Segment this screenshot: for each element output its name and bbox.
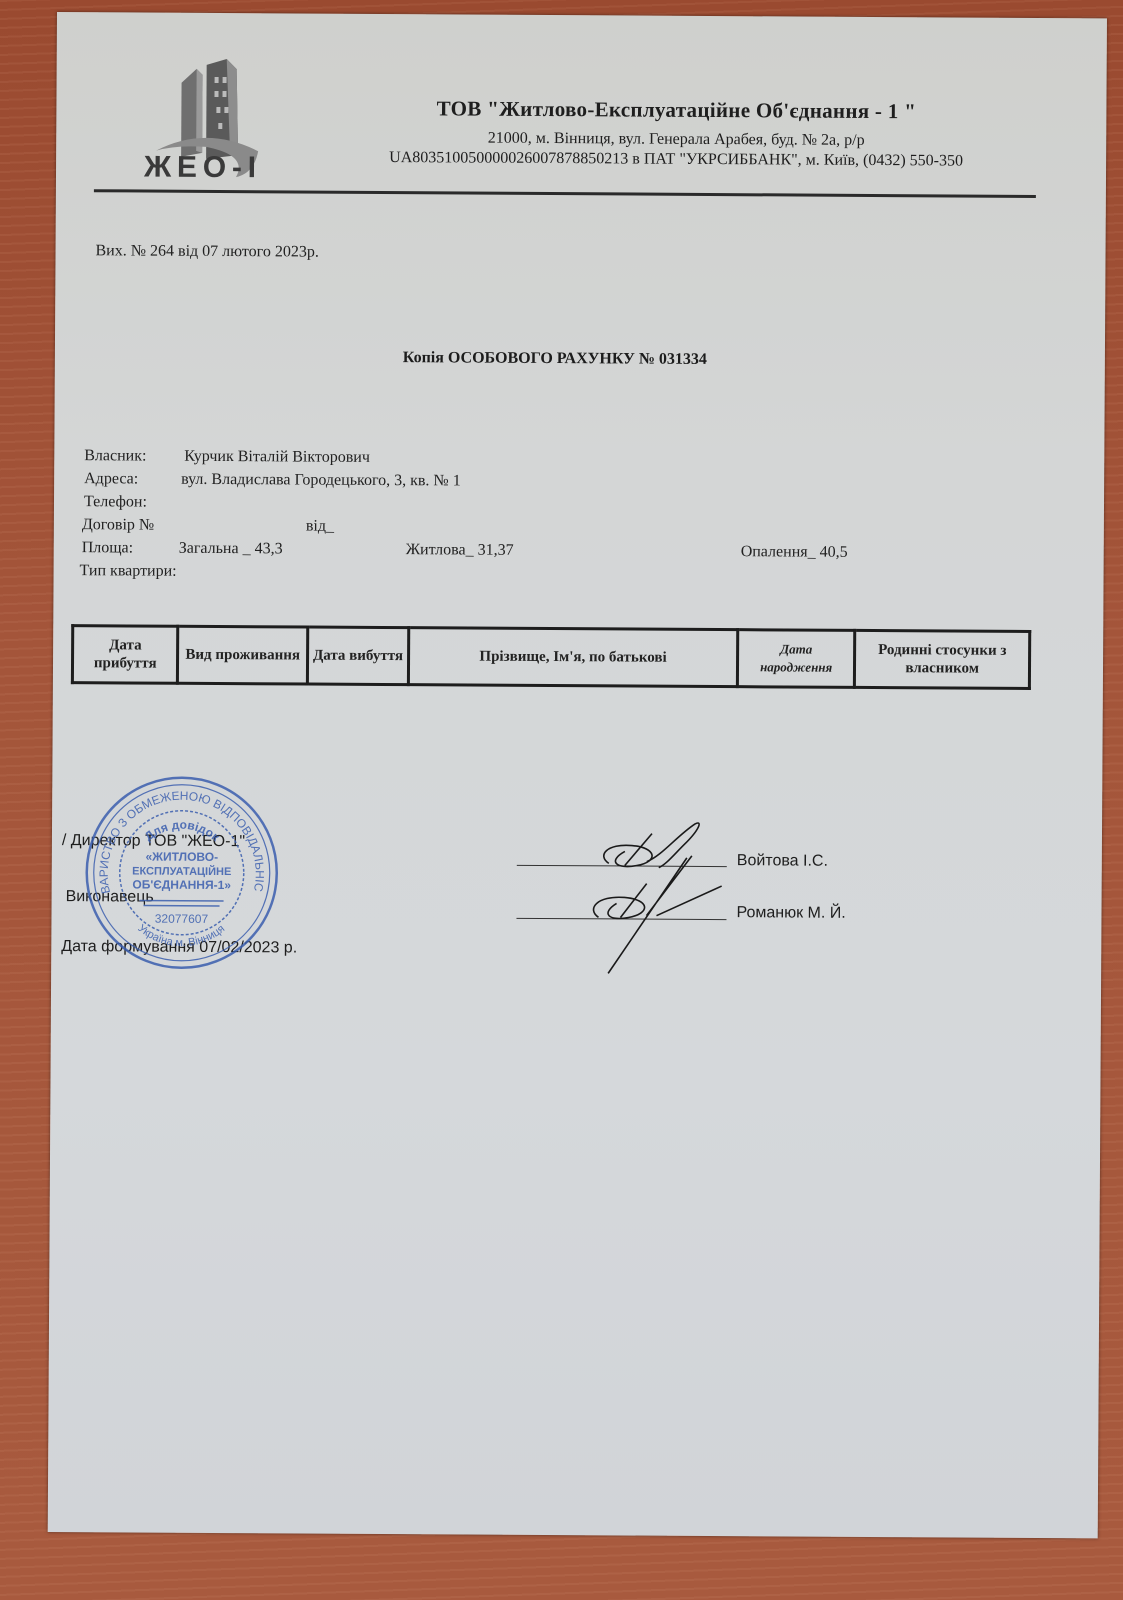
area-label: Площа: — [82, 539, 134, 557]
svg-text:ЖЕО-І: ЖЕО-І — [143, 151, 256, 184]
owner-value: Курчик Віталій Вікторович — [184, 448, 370, 467]
executor-name: Романюк М. Й. — [736, 904, 845, 923]
outgoing-reference: Вих. № 264 від 07 лютого 2023р. — [95, 242, 318, 261]
contract-from-label: від_ — [306, 518, 334, 536]
organization-header: ТОВ "Житлово-Експлуатаційне Об'єднання -… — [326, 96, 1026, 171]
document-page: ЖЕО-І ТОВ "Житлово-Експлуатаційне Об'єдн… — [48, 12, 1107, 1538]
header-arrival-date: Дата прибуття — [72, 626, 178, 684]
residents-table: Дата прибуття Вид проживання Дата вибутт… — [71, 624, 1031, 690]
organization-bank-details: UA803510050000026007878850213 в ПАТ "УКР… — [326, 149, 1026, 171]
header-departure-date: Дата вибуття — [307, 627, 409, 685]
contract-label: Договір № — [82, 516, 154, 534]
phone-label: Телефон: — [84, 493, 147, 511]
header-full-name: Прізвище, Ім'я, по батькові — [408, 628, 737, 687]
apartment-type-row: Тип квартири: — [83, 562, 983, 590]
table-header-row: Дата прибуття Вид проживання Дата вибутт… — [72, 626, 1029, 689]
header-residence-type: Вид проживання — [178, 626, 308, 684]
area-total: Загальна _ 43,3 — [179, 540, 283, 559]
account-fields: Власник: Курчик Віталій Вікторович Адрес… — [83, 447, 984, 590]
owner-label: Власник: — [84, 447, 146, 465]
director-name: Войтова І.С. — [737, 852, 828, 871]
handwritten-signature-icon — [576, 815, 727, 976]
svg-text:ЕКСПЛУАТАЦІЙНЕ: ЕКСПЛУАТАЦІЙНЕ — [132, 864, 231, 878]
svg-text:Для довідок: Для довідок — [142, 817, 224, 844]
area-living: Житлова_ 31,37 — [406, 541, 514, 560]
header-relationship: Родинні стосунки з власником — [855, 630, 1030, 688]
signature-block: Войтова І.С. Романюк М. Й. — [516, 815, 1017, 978]
header-divider — [94, 189, 1036, 198]
company-logo-icon: ЖЕО-І — [136, 54, 277, 183]
organization-name: ТОВ "Житлово-Експлуатаційне Об'єднання -… — [326, 96, 1026, 125]
company-stamp-icon: ТОВАРИСТВО З ОБМЕЖЕНОЮ ВІДПОВІДАЛЬНІСТЮ … — [81, 772, 282, 973]
apartment-type-label: Тип квартири: — [80, 562, 177, 581]
document-title: Копія ОСОБОВОГО РАХУНКУ № 031334 — [55, 347, 1055, 371]
area-heating: Опалення_ 40,5 — [741, 543, 848, 562]
svg-text:«ЖИТЛОВО-: «ЖИТЛОВО- — [145, 850, 218, 864]
address-label: Адреса: — [84, 470, 138, 488]
organization-address: 21000, м. Вінниця, вул. Генерала Арабея,… — [326, 129, 1026, 151]
header-birth-date: Дата народження — [737, 630, 855, 688]
svg-text:32077607: 32077607 — [155, 912, 209, 926]
address-value: вул. Владислава Городецького, 3, кв. № 1 — [181, 471, 461, 491]
svg-text:ОБ'ЄДНАННЯ-1»: ОБ'ЄДНАННЯ-1» — [132, 877, 231, 892]
